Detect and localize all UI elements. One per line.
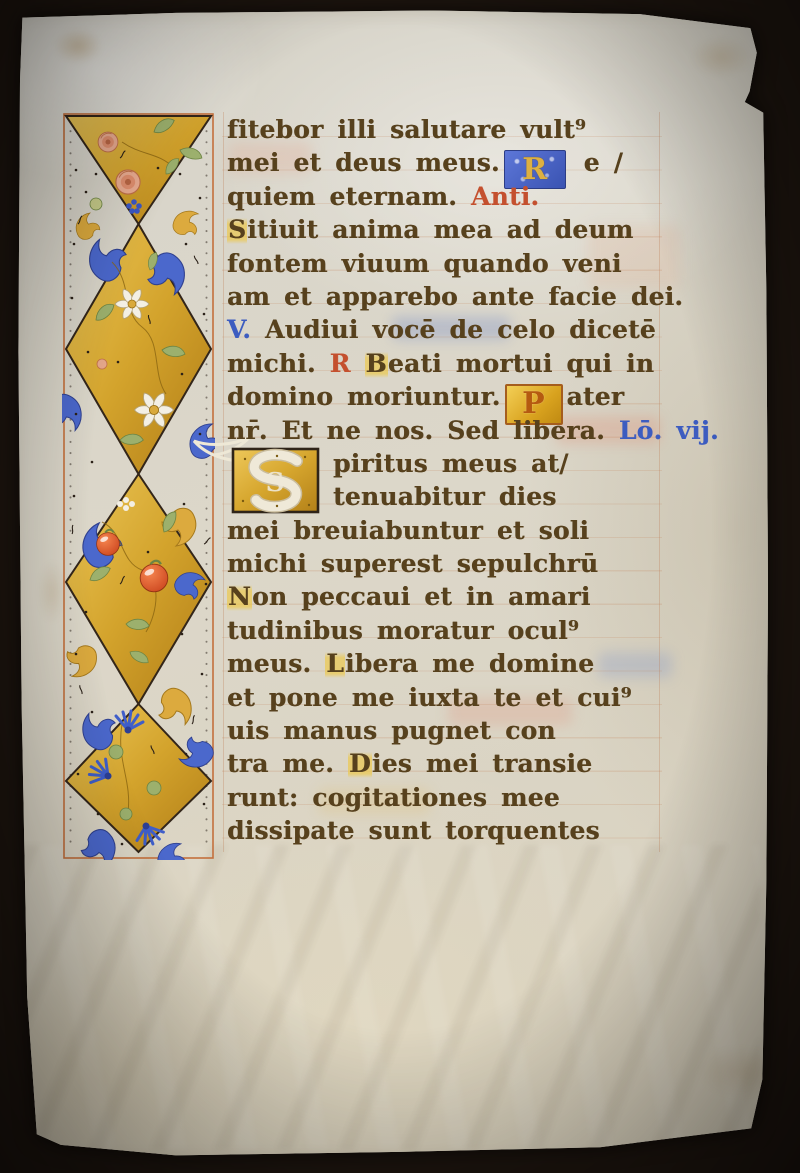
text-line: domino moriuntur.Pater — [227, 380, 667, 413]
text-line: runt: cogitationes mee — [227, 781, 667, 814]
text-line: fontem viuum quando veni — [227, 247, 667, 280]
body-text: dissipate sunt torquentes — [227, 816, 600, 845]
yellow-washed-capital: L — [325, 649, 345, 678]
vellum-leaf: S fitebor illi salutare vult⁹mei et deus… — [0, 0, 800, 1173]
text-line: Sitiuit anima mea ad deum — [227, 213, 667, 246]
body-text: uis manus pugnet con — [227, 716, 556, 745]
text-line: V. Audiui vocē de celo dicetē — [227, 313, 667, 346]
body-text: tudinibus moratur ocul⁹ — [227, 616, 579, 645]
text-line: michi. R Beati mortui qui in — [227, 347, 667, 380]
stain — [54, 28, 102, 64]
body-text: tenuabitur dies — [333, 482, 557, 511]
text-line: mei et deus meus.R e / — [227, 146, 667, 179]
body-text: eati mortui qui in — [388, 349, 654, 378]
body-text: quiem eternam. — [227, 182, 471, 211]
margin-rule-left — [223, 112, 224, 852]
body-text — [351, 349, 365, 378]
text-line: tra me. Dies mei transie — [227, 747, 667, 780]
text-line: et pone me iuxta te et cui⁹ — [227, 681, 667, 714]
body-text: mei et deus meus. — [227, 148, 500, 177]
body-text: ies mei transie — [372, 749, 592, 778]
body-text: fontem viuum quando veni — [227, 249, 622, 278]
blue-rubric: V. — [227, 315, 251, 344]
text-line: michi superest sepulchrū — [227, 547, 667, 580]
body-text: on peccaui et in amari — [252, 582, 590, 611]
manuscript-photo: S fitebor illi salutare vult⁹mei et deus… — [0, 0, 800, 1173]
text-line: meus. Libera me domine — [227, 647, 667, 680]
body-text: michi. — [227, 349, 330, 378]
body-text: tra me. — [227, 749, 348, 778]
body-text: domino moriuntur. — [227, 382, 501, 411]
body-text: e / — [570, 148, 623, 177]
text-line: uis manus pugnet con — [227, 714, 667, 747]
body-text: piritus meus at/ — [333, 449, 569, 478]
red-rubric: Anti. — [471, 182, 539, 211]
blue-rubric: Lō. vij. — [619, 416, 719, 445]
text-line: quiem eternam. Anti. — [227, 180, 667, 213]
text-line: dissipate sunt torquentes — [227, 814, 667, 847]
yellow-washed-capital: N — [227, 582, 252, 611]
body-text: et pone me iuxta te et cui⁹ — [227, 683, 632, 712]
text-line: am et apparebo ante facie dei. — [227, 280, 667, 313]
body-text: fitebor illi salutare vult⁹ — [227, 115, 586, 144]
yellow-washed-capital: S — [227, 215, 247, 244]
vellum-wrinkles — [24, 845, 760, 1150]
text-line: nr̄. Et ne nos. Sed libera. Lō. vij. — [227, 414, 667, 447]
text-line: Non peccaui et in amari — [227, 580, 667, 613]
body-text: mei breuiabuntur et soli — [227, 516, 589, 545]
illuminated-border-panel — [62, 112, 215, 860]
yellow-washed-capital: B — [365, 349, 388, 378]
stain — [698, 1046, 782, 1098]
illuminated-initial-S: S — [231, 447, 321, 514]
body-text: Audiui vocē de celo dicetē — [251, 315, 656, 344]
initial-S-letter: S — [266, 468, 285, 498]
body-text: itiuit anima mea ad deum — [247, 215, 633, 244]
yellow-washed-capital: D — [348, 749, 372, 778]
text-line: mei breuiabuntur et soli — [227, 514, 667, 547]
text-line: tudinibus moratur ocul⁹ — [227, 614, 667, 647]
text-column: S fitebor illi salutare vult⁹mei et deus… — [227, 113, 667, 848]
body-text: nr̄. Et ne nos. Sed libera. — [227, 416, 619, 445]
text-line: fitebor illi salutare vult⁹ — [227, 113, 667, 146]
red-rubric: R — [330, 349, 351, 378]
stain — [690, 36, 752, 78]
body-text: meus. — [227, 649, 325, 678]
body-text: ibera me domine — [345, 649, 594, 678]
body-text: runt: cogitationes mee — [227, 783, 560, 812]
body-text: michi superest sepulchrū — [227, 549, 598, 578]
photo-background: { "page": { "kind": "Illuminated manuscr… — [0, 0, 800, 1173]
body-text: ater — [567, 382, 625, 411]
body-text: am et apparebo ante facie dei. — [227, 282, 683, 311]
